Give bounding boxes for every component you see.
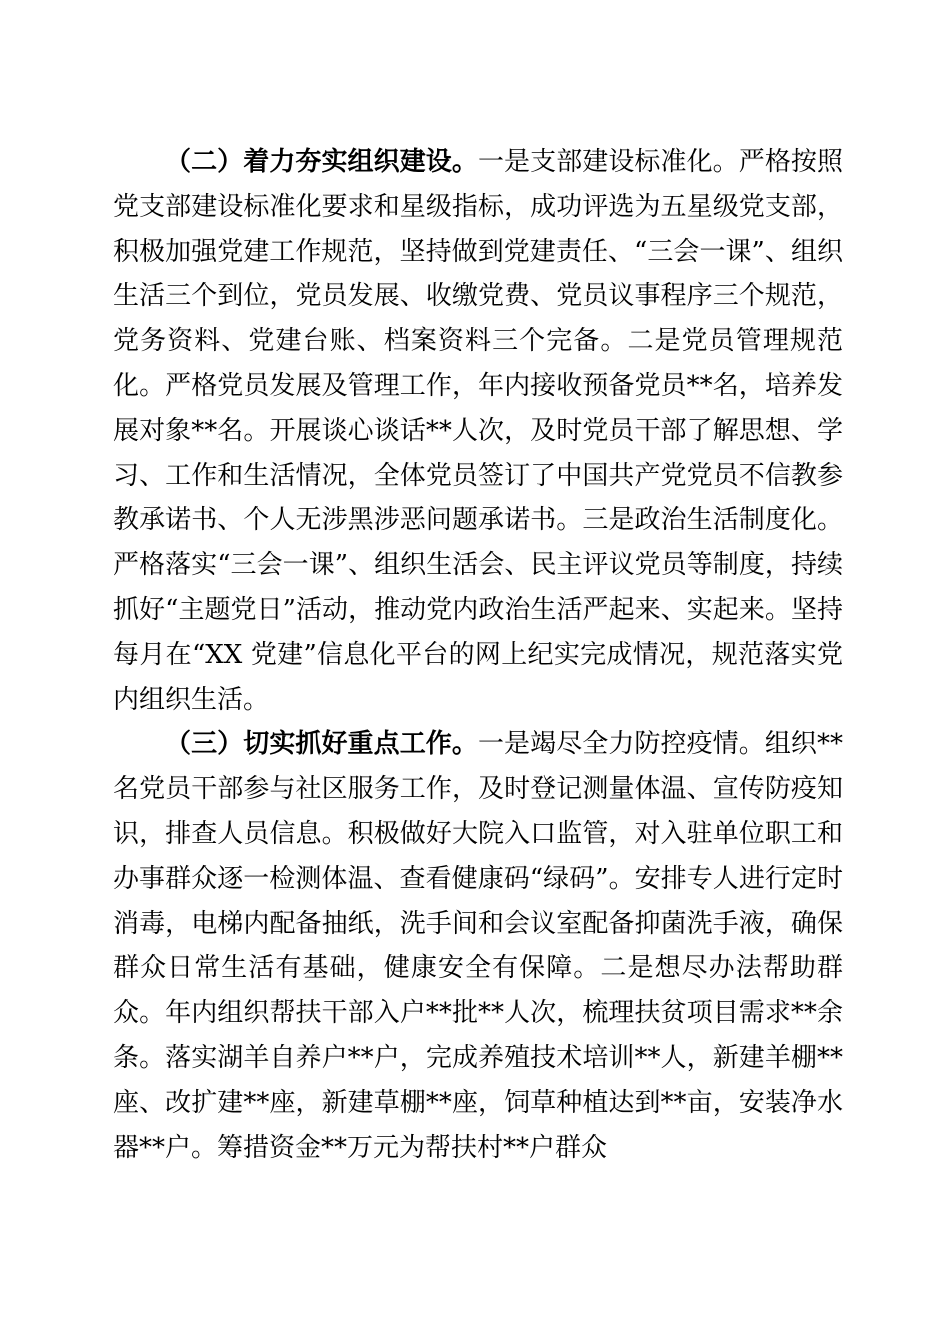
paragraph-org-building-body: 一是支部建设标准化。严格按照党支部建设标准化要求和星级指标，成功评选为五星级党支… <box>113 147 843 715</box>
paragraph-org-building: （二）着力夯实组织建设。一是支部建设标准化。严格按照党支部建设标准化要求和星级指… <box>113 140 843 722</box>
paragraph-key-work-heading: （三）切实抓好重点工作。 <box>165 729 478 759</box>
paragraph-key-work: （三）切实抓好重点工作。一是竭尽全力防控疫情。组织**名党员干部参与社区服务工作… <box>113 722 843 1170</box>
paragraph-key-work-body: 一是竭尽全力防控疫情。组织**名党员干部参与社区服务工作，及时登记测量体温、宣传… <box>113 729 843 1162</box>
document-text-block: （二）着力夯实组织建设。一是支部建设标准化。严格按照党支部建设标准化要求和星级指… <box>113 140 843 1170</box>
document-page: （二）着力夯实组织建设。一是支部建设标准化。严格按照党支部建设标准化要求和星级指… <box>0 0 950 1344</box>
paragraph-org-building-heading: （二）着力夯实组织建设。 <box>165 147 478 177</box>
